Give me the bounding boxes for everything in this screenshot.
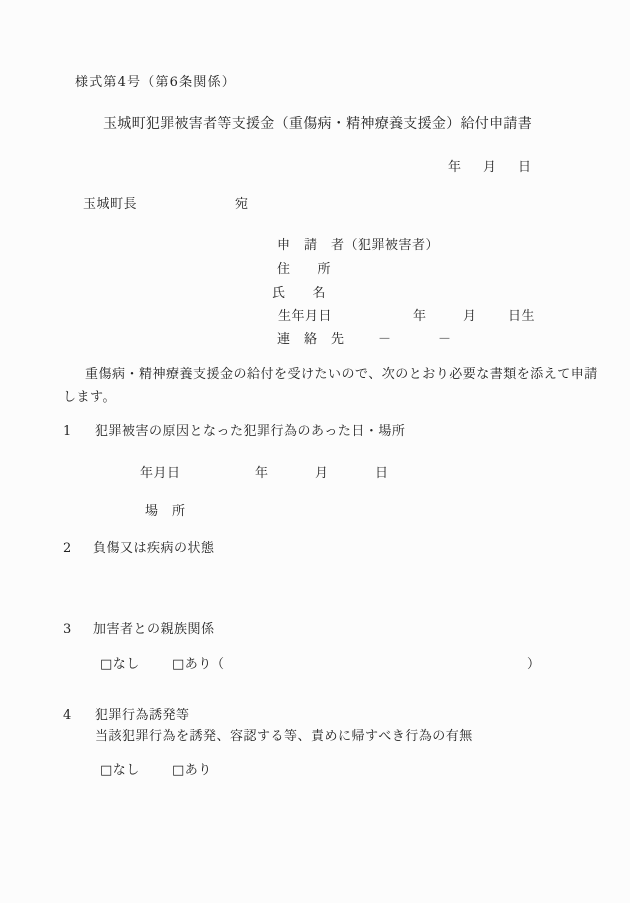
section1-title: 犯罪被害の原因となった犯罪行為のあった日・場所	[95, 425, 405, 438]
checkbox-icon: □	[100, 763, 113, 778]
form-number: 様式第4号（第6条関係）	[75, 76, 236, 89]
checkbox-yes-label: あり	[185, 657, 212, 672]
checkbox-yes-label: あり	[185, 763, 212, 778]
birthdate-month-label: 月	[463, 310, 477, 323]
section3-checkbox-no[interactable]: □なし	[100, 658, 140, 671]
checkbox-icon: □	[172, 763, 185, 778]
birthdate-year-label: 年	[413, 310, 427, 323]
applicant-birthdate-label: 生年月日	[278, 310, 332, 323]
section3-paren-open: （	[211, 658, 225, 671]
statement-line-2: します。	[63, 391, 116, 404]
header-date-year-label: 年	[448, 161, 462, 174]
section3-checkbox-yes[interactable]: □あり	[172, 658, 212, 671]
section4-checkbox-no[interactable]: □なし	[100, 764, 140, 777]
checkbox-icon: □	[100, 657, 113, 672]
section2-number: 2	[63, 542, 72, 555]
section4-number: 4	[63, 709, 72, 722]
birthdate-day-label: 日生	[508, 310, 535, 323]
section1-day-label: 日	[375, 467, 389, 480]
section1-year-label: 年	[255, 467, 269, 480]
checkbox-no-label: なし	[113, 657, 140, 672]
page-title: 玉城町犯罪被害者等支援金（重傷病・精神療養支援金）給付申請書	[103, 117, 532, 131]
section3-number: 3	[63, 623, 72, 636]
applicant-name-label: 氏 名	[272, 287, 326, 300]
section1-month-label: 月	[315, 467, 329, 480]
section4-title: 犯罪行為誘発等	[95, 709, 190, 722]
addressee-name: 玉城町長	[83, 198, 137, 211]
section3-paren-close: ）	[527, 658, 541, 671]
applicant-contact-label: 連 絡 先	[277, 333, 345, 346]
section4-description: 当該犯罪行為を誘発、容認する等、責めに帰すべき行為の有無	[95, 730, 473, 743]
header-date-month-label: 月	[483, 161, 497, 174]
application-form-page: 様式第4号（第6条関係） 玉城町犯罪被害者等支援金（重傷病・精神療養支援金）給付…	[0, 0, 630, 903]
addressee-honorific: 宛	[235, 198, 249, 211]
contact-dash-1: －	[378, 333, 392, 346]
header-date-day-label: 日	[518, 161, 532, 174]
checkbox-icon: □	[172, 657, 185, 672]
checkbox-no-label: なし	[113, 763, 140, 778]
statement-line-1: 重傷病・精神療養支援金の給付を受けたいので、次のとおり必要な書類を添えて申請	[85, 368, 598, 381]
contact-dash-2: －	[438, 333, 452, 346]
section4-checkbox-yes[interactable]: □あり	[172, 764, 212, 777]
section3-title: 加害者との親族関係	[93, 623, 215, 636]
section2-title: 負傷又は疾病の状態	[93, 542, 215, 555]
applicant-heading: 申 請 者（犯罪被害者）	[277, 239, 439, 252]
section1-place-label: 場 所	[145, 505, 186, 518]
section1-date-label: 年月日	[140, 467, 181, 480]
section1-number: 1	[63, 425, 72, 438]
applicant-address-label: 住 所	[277, 263, 331, 276]
